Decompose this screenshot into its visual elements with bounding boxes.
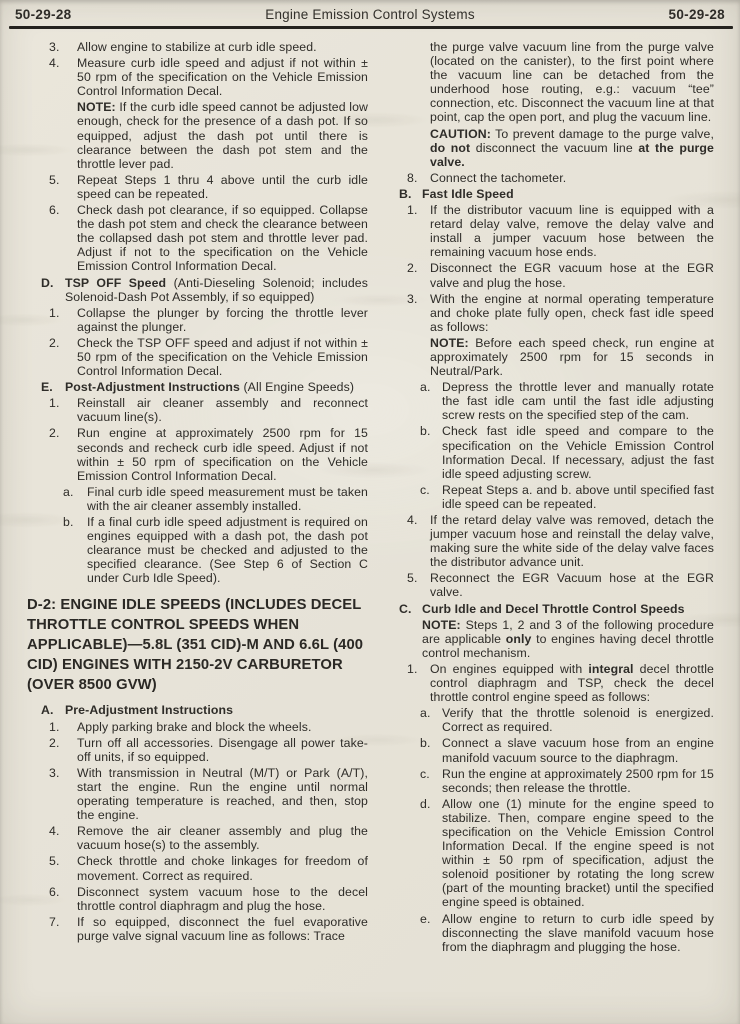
list-item: 4.Remove the air cleaner assembly and pl… xyxy=(15,824,368,852)
bold-run: Pre-Adjustment Instructions xyxy=(65,703,233,717)
item-marker: a. xyxy=(420,706,430,720)
bold-run: only xyxy=(506,632,532,646)
text-content: NOTE: Steps 1, 2 and 3 of the following … xyxy=(422,618,714,660)
text-content: Check the TSP OFF speed and adjust if no… xyxy=(77,336,368,378)
text-content: NOTE: Before each speed check, run engin… xyxy=(430,336,714,378)
item-marker: 1. xyxy=(49,396,59,410)
item-marker: b. xyxy=(420,736,430,750)
sub-list-item: e.Allow engine to return to curb idle sp… xyxy=(380,912,714,954)
text-run: If so equipped, disconnect the fuel evap… xyxy=(77,915,368,943)
section-heading: A.Pre-Adjustment Instructions xyxy=(15,703,368,717)
item-marker: 1. xyxy=(407,662,417,676)
text-content: Disconnect the EGR vacuum hose at the EG… xyxy=(430,261,714,289)
text-content: D-2: ENGINE IDLE SPEEDS (INCLUDES DECEL … xyxy=(27,597,363,693)
list-item: 2.Check the TSP OFF speed and adjust if … xyxy=(15,336,368,378)
list-item: 4.If the retard delay valve was removed,… xyxy=(380,513,714,569)
bold-run: NOTE: xyxy=(77,100,116,114)
item-marker: 4. xyxy=(49,56,59,70)
text-run: Collapse the plunger by forcing the thro… xyxy=(77,306,368,334)
list-item: 8.Connect the tachometer. xyxy=(380,171,714,185)
text-run: Turn off all accessories. Disengage all … xyxy=(77,736,368,764)
text-run: With transmission in Neutral (M/T) or Pa… xyxy=(77,766,368,822)
item-marker: 5. xyxy=(407,571,417,585)
text-run: Repeat Steps a. and b. above until speci… xyxy=(442,483,714,511)
list-item: 6.Disconnect system vacuum hose to the d… xyxy=(15,885,368,913)
text-content: If a final curb idle speed adjustment is… xyxy=(87,515,368,585)
list-item: 5.Repeat Steps 1 thru 4 above until the … xyxy=(15,173,368,201)
text-run: (All Engine Speeds) xyxy=(240,380,354,394)
sub-list-item: a.Verify that the throttle solenoid is e… xyxy=(380,706,714,734)
list-item: 1.Collapse the plunger by forcing the th… xyxy=(15,306,368,334)
item-marker: D. xyxy=(41,276,54,290)
text-run: Check dash pot clearance, if so equipped… xyxy=(77,203,368,273)
text-content: Collapse the plunger by forcing the thro… xyxy=(77,306,368,334)
bold-run: Post-Adjustment Instructions xyxy=(65,380,240,394)
item-marker: 6. xyxy=(49,885,59,899)
list-item: 1.On engines equipped with integral dece… xyxy=(380,662,714,704)
text-run: Disconnect system vacuum hose to the dec… xyxy=(77,885,368,913)
text-run: D-2: ENGINE IDLE SPEEDS (INCLUDES DECEL … xyxy=(27,597,363,693)
item-marker: 2. xyxy=(407,261,417,275)
text-content: Post-Adjustment Instructions (All Engine… xyxy=(65,380,354,394)
text-content: Connect a slave vacuum hose from an engi… xyxy=(442,736,714,764)
sub-list-item: b.If a final curb idle speed adjustment … xyxy=(15,515,368,585)
list-item: 4.Measure curb idle speed and adjust if … xyxy=(15,56,368,98)
item-marker: A. xyxy=(41,703,54,717)
item-marker: 7. xyxy=(49,915,59,929)
text-run: To prevent damage to the purge valve, xyxy=(491,127,714,141)
item-marker: 5. xyxy=(49,173,59,187)
sub-list-item: b.Connect a slave vacuum hose from an en… xyxy=(380,736,714,764)
section-heading: D.TSP OFF Speed (Anti-Dieseling Solenoid… xyxy=(15,276,368,304)
list-item: 2.Disconnect the EGR vacuum hose at the … xyxy=(380,261,714,289)
item-marker: C. xyxy=(399,602,412,616)
text-run: With the engine at normal operating temp… xyxy=(430,292,714,334)
text-run: Repeat Steps 1 thru 4 above until the cu… xyxy=(77,173,368,201)
text-content: Pre-Adjustment Instructions xyxy=(65,703,233,717)
text-content: Connect the tachometer. xyxy=(430,171,566,185)
item-marker: e. xyxy=(420,912,430,926)
note-paragraph: NOTE: If the curb idle speed cannot be a… xyxy=(15,100,368,170)
text-run: Apply parking brake and block the wheels… xyxy=(77,720,311,734)
text-content: Apply parking brake and block the wheels… xyxy=(77,720,311,734)
text-run: If the distributor vacuum line is equipp… xyxy=(430,203,714,259)
text-run: Depress the throttle lever and manually … xyxy=(442,380,714,422)
text-content: Repeat Steps a. and b. above until speci… xyxy=(442,483,714,511)
text-run: Check throttle and choke linkages for fr… xyxy=(77,854,368,882)
list-item: 6.Check dash pot clearance, if so equipp… xyxy=(15,203,368,273)
sub-list-item: a.Depress the throttle lever and manuall… xyxy=(380,380,714,422)
section-heading: E.Post-Adjustment Instructions (All Engi… xyxy=(15,380,368,394)
text-run: On engines equipped with xyxy=(430,662,588,676)
list-item: 2.Turn off all accessories. Disengage al… xyxy=(15,736,368,764)
bold-run: CAUTION: xyxy=(430,127,491,141)
text-content: With transmission in Neutral (M/T) or Pa… xyxy=(77,766,368,822)
item-marker: 5. xyxy=(49,854,59,868)
text-content: NOTE: If the curb idle speed cannot be a… xyxy=(77,100,368,170)
text-content: Repeat Steps 1 thru 4 above until the cu… xyxy=(77,173,368,201)
text-run: the purge valve vacuum line from the pur… xyxy=(430,40,714,124)
text-content: TSP OFF Speed (Anti-Dieseling Solenoid; … xyxy=(65,276,368,304)
item-marker: 6. xyxy=(49,203,59,217)
item-marker: B. xyxy=(399,187,412,201)
list-item: 5.Reconnect the EGR Vacuum hose at the E… xyxy=(380,571,714,599)
list-item: 3.With transmission in Neutral (M/T) or … xyxy=(15,766,368,822)
item-marker: d. xyxy=(420,797,430,811)
text-run: Final curb idle speed measurement must b… xyxy=(87,485,368,513)
item-marker: 1. xyxy=(407,203,417,217)
section-heading: B.Fast Idle Speed xyxy=(380,187,714,201)
text-content: CAUTION: To prevent damage to the purge … xyxy=(430,127,714,169)
text-content: Final curb idle speed measurement must b… xyxy=(87,485,368,513)
sub-list-item: c.Repeat Steps a. and b. above until spe… xyxy=(380,483,714,511)
bold-run: Fast Idle Speed xyxy=(422,187,514,201)
page-title: Engine Emission Control Systems xyxy=(15,7,725,22)
text-content: Reinstall air cleaner assembly and recon… xyxy=(77,396,368,424)
note-paragraph: NOTE: Before each speed check, run engin… xyxy=(380,336,714,378)
text-content: Curb Idle and Decel Throttle Control Spe… xyxy=(422,602,685,616)
manual-page: 50-29-28 Engine Emission Control Systems… xyxy=(0,0,740,1024)
list-item: 1.If the distributor vacuum line is equi… xyxy=(380,203,714,259)
text-run: Run engine at approximately 2500 rpm for… xyxy=(77,426,368,482)
text-content: Disconnect system vacuum hose to the dec… xyxy=(77,885,368,913)
text-run: Disconnect the EGR vacuum hose at the EG… xyxy=(430,261,714,289)
item-marker: 1. xyxy=(49,720,59,734)
item-marker: c. xyxy=(420,767,430,781)
text-content: Check fast idle speed and compare to the… xyxy=(442,424,714,480)
text-content: Fast Idle Speed xyxy=(422,187,514,201)
bold-run: NOTE: xyxy=(422,618,461,632)
item-marker: 4. xyxy=(49,824,59,838)
text-run: Run the engine at approximately 2500 rpm… xyxy=(442,767,714,795)
text-run: Check fast idle speed and compare to the… xyxy=(442,424,714,480)
text-run: If a final curb idle speed adjustment is… xyxy=(87,515,368,585)
section-heading: C.Curb Idle and Decel Throttle Control S… xyxy=(380,602,714,616)
text-content: Allow engine to return to curb idle spee… xyxy=(442,912,714,954)
sub-list-item: b.Check fast idle speed and compare to t… xyxy=(380,424,714,480)
list-item: 2.Run engine at approximately 2500 rpm f… xyxy=(15,426,368,482)
text-content: Check throttle and choke linkages for fr… xyxy=(77,854,368,882)
text-run: Verify that the throttle solenoid is ene… xyxy=(442,706,714,734)
text-content: If the distributor vacuum line is equipp… xyxy=(430,203,714,259)
page-header: 50-29-28 Engine Emission Control Systems… xyxy=(15,7,725,25)
item-marker: 3. xyxy=(49,40,59,54)
bold-run: integral xyxy=(588,662,633,676)
list-item: 3.With the engine at normal operating te… xyxy=(380,292,714,334)
list-item: 3.Allow engine to stabilize at curb idle… xyxy=(15,40,368,54)
text-content: Reconnect the EGR Vacuum hose at the EGR… xyxy=(430,571,714,599)
text-run: Allow engine to return to curb idle spee… xyxy=(442,912,714,954)
text-content: With the engine at normal operating temp… xyxy=(430,292,714,334)
right-column: the purge valve vacuum line from the pur… xyxy=(380,40,714,956)
item-marker: 2. xyxy=(49,426,59,440)
item-marker: b. xyxy=(420,424,430,438)
bold-run: NOTE: xyxy=(430,336,469,350)
text-run: disconnect the vacuum line xyxy=(470,141,638,155)
text-run: Connect the tachometer. xyxy=(430,171,566,185)
list-item: 1.Reinstall air cleaner assembly and rec… xyxy=(15,396,368,424)
item-marker: b. xyxy=(63,515,73,529)
text-content: Turn off all accessories. Disengage all … xyxy=(77,736,368,764)
item-marker: E. xyxy=(41,380,53,394)
sub-list-item: d.Allow one (1) minute for the engine sp… xyxy=(380,797,714,910)
text-run: Before each speed check, run engine at a… xyxy=(430,336,714,378)
list-item: 5.Check throttle and choke linkages for … xyxy=(15,854,368,882)
item-marker: 2. xyxy=(49,336,59,350)
text-content: Allow engine to stabilize at curb idle s… xyxy=(77,40,317,54)
bold-run: do not xyxy=(430,141,470,155)
note-paragraph: NOTE: Steps 1, 2 and 3 of the following … xyxy=(380,618,714,660)
text-run: Connect a slave vacuum hose from an engi… xyxy=(442,736,714,764)
item-marker: 8. xyxy=(407,171,417,185)
text-content: Run engine at approximately 2500 rpm for… xyxy=(77,426,368,482)
bold-run: TSP OFF Speed xyxy=(65,276,166,290)
sub-list-item: c.Run the engine at approximately 2500 r… xyxy=(380,767,714,795)
item-marker: a. xyxy=(420,380,430,394)
subsection-title: D-2: ENGINE IDLE SPEEDS (INCLUDES DECEL … xyxy=(15,595,368,695)
list-item: 7.If so equipped, disconnect the fuel ev… xyxy=(15,915,368,943)
text-run: Check the TSP OFF speed and adjust if no… xyxy=(77,336,368,378)
text-content: Verify that the throttle solenoid is ene… xyxy=(442,706,714,734)
text-run: Allow engine to stabilize at curb idle s… xyxy=(77,40,317,54)
text-content: Check dash pot clearance, if so equipped… xyxy=(77,203,368,273)
text-run: If the retard delay valve was removed, d… xyxy=(430,513,714,569)
caution-paragraph: CAUTION: To prevent damage to the purge … xyxy=(380,127,714,169)
text-run: Measure curb idle speed and adjust if no… xyxy=(77,56,368,98)
text-content: On engines equipped with integral decel … xyxy=(430,662,714,704)
text-content: Run the engine at approximately 2500 rpm… xyxy=(442,767,714,795)
text-content: the purge valve vacuum line from the pur… xyxy=(430,40,714,124)
text-content: If so equipped, disconnect the fuel evap… xyxy=(77,915,368,943)
text-run: Reinstall air cleaner assembly and recon… xyxy=(77,396,368,424)
text-run: Allow one (1) minute for the engine spee… xyxy=(442,797,714,910)
text-content: Measure curb idle speed and adjust if no… xyxy=(77,56,368,98)
bold-run: Curb Idle and Decel Throttle Control Spe… xyxy=(422,602,685,616)
text-content: Remove the air cleaner assembly and plug… xyxy=(77,824,368,852)
text-run: If the curb idle speed cannot be adjuste… xyxy=(77,100,368,170)
item-marker: a. xyxy=(63,485,73,499)
continuation-paragraph: the purge valve vacuum line from the pur… xyxy=(380,40,714,125)
text-run: Reconnect the EGR Vacuum hose at the EGR… xyxy=(430,571,714,599)
text-content: Depress the throttle lever and manually … xyxy=(442,380,714,422)
item-marker: 3. xyxy=(407,292,417,306)
page-number-right: 50-29-28 xyxy=(669,7,725,22)
header-rule xyxy=(9,26,733,29)
sub-list-item: a.Final curb idle speed measurement must… xyxy=(15,485,368,513)
item-marker: 1. xyxy=(49,306,59,320)
text-content: If the retard delay valve was removed, d… xyxy=(430,513,714,569)
list-item: 1.Apply parking brake and block the whee… xyxy=(15,720,368,734)
text-content: Allow one (1) minute for the engine spee… xyxy=(442,797,714,910)
item-marker: 4. xyxy=(407,513,417,527)
text-run: Remove the air cleaner assembly and plug… xyxy=(77,824,368,852)
item-marker: 3. xyxy=(49,766,59,780)
item-marker: c. xyxy=(420,483,430,497)
item-marker: 2. xyxy=(49,736,59,750)
left-column: 3.Allow engine to stabilize at curb idle… xyxy=(15,40,368,945)
